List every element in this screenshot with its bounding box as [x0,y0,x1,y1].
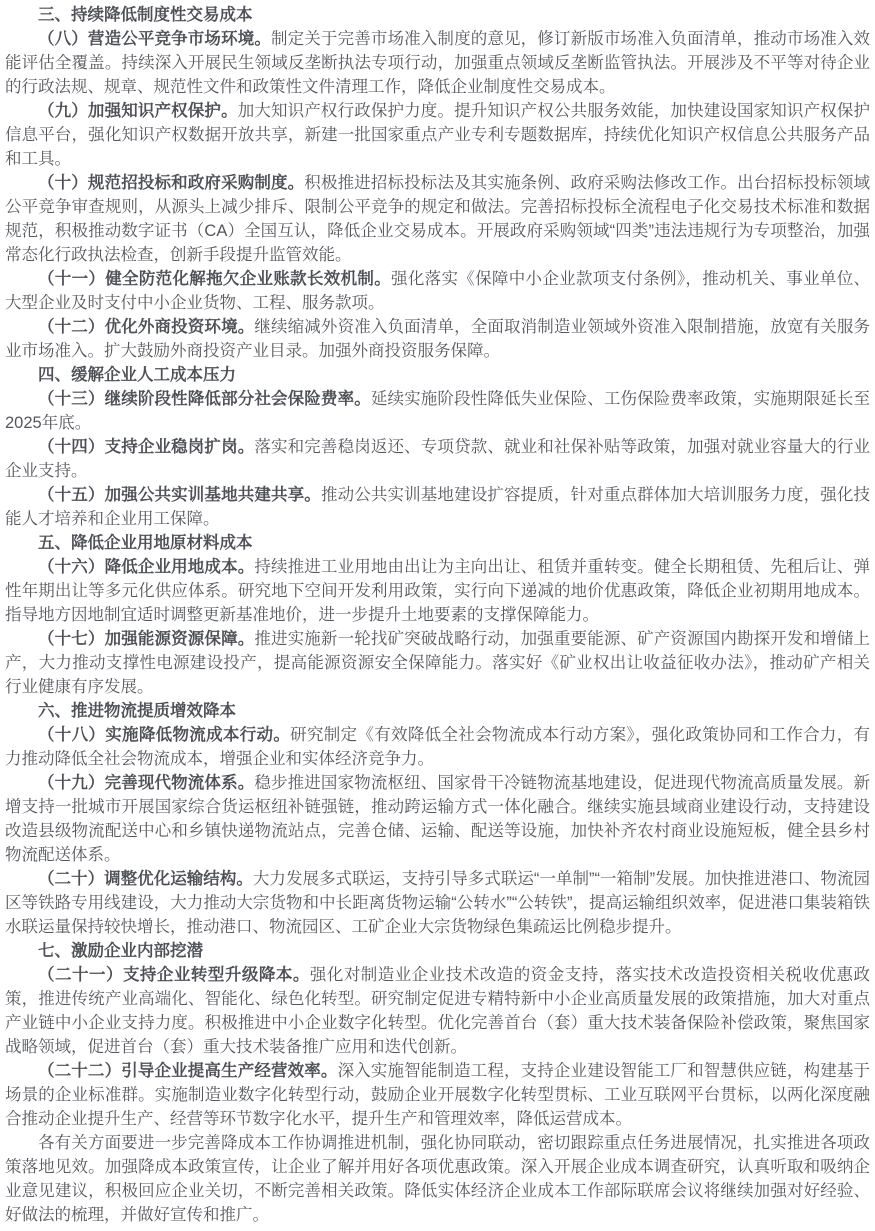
section-heading-6: 六、推进物流提质增效降本 [5,699,870,723]
policy-item-9-title: （九）加强知识产权保护。 [38,102,238,120]
policy-item-8: （八）营造公平竞争市场环境。制定关于完善市场准入制度的意见，修订新版市场准入负面… [5,27,870,99]
policy-item-12-title: （十二）优化外商投资环境。 [38,318,254,336]
policy-item-15-title: （十五）加强公共实训基地共建共享。 [38,486,321,504]
policy-item-17-title: （十七）加强能源资源保障。 [38,630,254,648]
section-heading-5: 五、降低企业用地原材料成本 [5,531,870,555]
policy-item-13: （十三）继续阶段性降低部分社会保险费率。延续实施阶段性降低失业保险、工伤保险费率… [5,387,870,435]
policy-item-19: （十九）完善现代物流体系。稳步推进国家物流枢纽、国家骨干冷链物流基地建设，促进现… [5,771,870,867]
policy-item-13-title: （十三）继续阶段性降低部分社会保险费率。 [38,390,371,408]
policy-item-16-title: （十六）降低企业用地成本。 [38,558,254,576]
policy-item-11: （十一）健全防范化解拖欠企业账款长效机制。强化落实《保障中小企业款项支付条例》，… [5,267,870,315]
policy-item-21-title: （二十一）支持企业转型升级降本。 [38,966,310,984]
policy-item-21: （二十一）支持企业转型升级降本。强化对制造业企业技术改造的资金支持，落实技术改造… [5,963,870,1059]
section-heading-7: 七、激励企业内部挖潜 [5,939,870,963]
policy-item-15: （十五）加强公共实训基地共建共享。推动公共实训基地建设扩容提质，针对重点群体加大… [5,483,870,531]
section-heading-3: 三、持续降低制度性交易成本 [5,3,870,27]
policy-item-8-title: （八）营造公平竞争市场环境。 [38,30,271,48]
policy-item-10: （十）规范招投标和政府采购制度。积极推进招标投标法及其实施条例、政府采购法修改工… [5,171,870,267]
policy-item-19-title: （十九）完善现代物流体系。 [38,774,254,792]
policy-item-10-title: （十）规范招投标和政府采购制度。 [38,174,304,192]
policy-item-20: （二十）调整优化运输结构。大力发展多式联运，支持引导多式联运“一单制”“一箱制”… [5,867,870,939]
policy-item-22-title: （二十二）引导企业提高生产经营效率。 [38,1062,338,1080]
policy-item-12: （十二）优化外商投资环境。继续缩减外资准入负面清单，全面取消制造业领域外资准入限… [5,315,870,363]
policy-item-9: （九）加强知识产权保护。加大知识产权行政保护力度。提升知识产权公共服务效能，加快… [5,99,870,171]
policy-item-11-title: （十一）健全防范化解拖欠企业账款长效机制。 [38,270,391,288]
section-heading-4: 四、缓解企业人工成本压力 [5,363,870,387]
policy-item-14: （十四）支持企业稳岗扩岗。落实和完善稳岗返还、专项贷款、就业和社保补贴等政策，加… [5,435,870,483]
policy-item-18-title: （十八）实施降低物流成本行动。 [38,726,290,744]
policy-document-page: 三、持续降低制度性交易成本 （八）营造公平竞争市场环境。制定关于完善市场准入制度… [0,0,875,1231]
policy-item-16: （十六）降低企业用地成本。持续推进工业用地由出让为主向出让、租赁并重转变。健全长… [5,555,870,627]
policy-item-18: （十八）实施降低物流成本行动。研究制定《有效降低全社会物流成本行动方案》，强化政… [5,723,870,771]
policy-item-17: （十七）加强能源资源保障。推进实施新一轮找矿突破战略行动，加强重要能源、矿产资源… [5,627,870,699]
policy-item-22: （二十二）引导企业提高生产经营效率。深入实施智能制造工程，支持企业建设智能工厂和… [5,1059,870,1131]
policy-item-20-title: （二十）调整优化运输结构。 [38,870,253,888]
closing-paragraph: 各有关方面要进一步完善降成本工作协调推进机制，强化协同联动，密切跟踪重点任务进展… [5,1131,870,1227]
policy-item-14-title: （十四）支持企业稳岗扩岗。 [38,438,254,456]
